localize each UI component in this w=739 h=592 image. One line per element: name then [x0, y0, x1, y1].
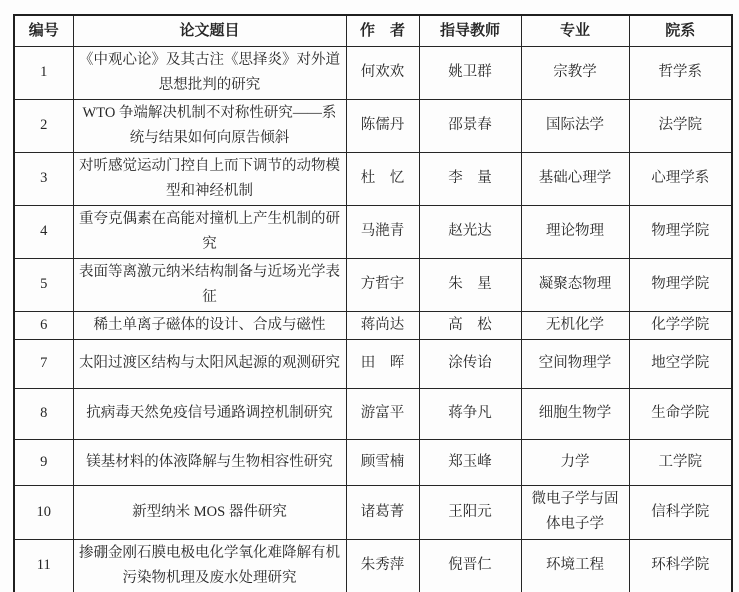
advisor-cell: 赵光达	[419, 205, 521, 258]
table-row: 9镁基材料的体液降解与生物相容性研究顾雪楠郑玉峰力学工学院	[14, 439, 732, 485]
department-cell: 信科学院	[629, 485, 732, 539]
major-cell: 无机化学	[521, 311, 629, 339]
title-cell: 新型纳米 MOS 器件研究	[73, 485, 346, 539]
major-cell: 环境工程	[521, 539, 629, 592]
no-cell: 10	[14, 485, 73, 539]
advisor-cell: 郑玉峰	[419, 439, 521, 485]
advisor-cell: 王阳元	[419, 485, 521, 539]
major-cell: 凝聚态物理	[521, 258, 629, 311]
no-cell: 6	[14, 311, 73, 339]
table-row: 4重夸克偶素在高能对撞机上产生机制的研究马滟青赵光达理论物理物理学院	[14, 205, 732, 258]
department-cell: 哲学系	[629, 46, 732, 99]
author-cell: 诸葛菁	[346, 485, 419, 539]
author-cell: 陈儒丹	[346, 99, 419, 152]
no-cell: 5	[14, 258, 73, 311]
major-cell: 宗教学	[521, 46, 629, 99]
no-cell: 11	[14, 539, 73, 592]
table-row: 5表面等离激元纳米结构制备与近场光学表征方哲宇朱 星凝聚态物理物理学院	[14, 258, 732, 311]
title-cell: 镁基材料的体液降解与生物相容性研究	[73, 439, 346, 485]
header-advisor: 指导教师	[419, 15, 521, 46]
title-cell: 抗病毒天然免疫信号通路调控机制研究	[73, 388, 346, 439]
title-cell: 重夸克偶素在高能对撞机上产生机制的研究	[73, 205, 346, 258]
table-row: 11掺硼金刚石膜电极电化学氧化难降解有机污染物机理及废水处理研究朱秀萍倪晋仁环境…	[14, 539, 732, 592]
department-cell: 法学院	[629, 99, 732, 152]
title-cell: 对听感觉运动门控自上而下调节的动物模型和神经机制	[73, 152, 346, 205]
department-cell: 环科学院	[629, 539, 732, 592]
advisor-cell: 高 松	[419, 311, 521, 339]
major-cell: 基础心理学	[521, 152, 629, 205]
no-cell: 3	[14, 152, 73, 205]
title-cell: 《中观心论》及其古注《思择炎》对外道思想批判的研究	[73, 46, 346, 99]
major-cell: 空间物理学	[521, 339, 629, 388]
no-cell: 2	[14, 99, 73, 152]
author-cell: 杜 忆	[346, 152, 419, 205]
no-cell: 7	[14, 339, 73, 388]
header-major: 专业	[521, 15, 629, 46]
document-page: 编号 论文题目 作 者 指导教师 专业 院系 1《中观心论》及其古注《思择炎》对…	[0, 0, 739, 592]
major-cell: 国际法学	[521, 99, 629, 152]
department-cell: 工学院	[629, 439, 732, 485]
author-cell: 游富平	[346, 388, 419, 439]
header-author: 作 者	[346, 15, 419, 46]
title-cell: 太阳过渡区结构与太阳风起源的观测研究	[73, 339, 346, 388]
advisor-cell: 蒋争凡	[419, 388, 521, 439]
advisor-cell: 朱 星	[419, 258, 521, 311]
major-cell: 微电子学与固体电子学	[521, 485, 629, 539]
no-cell: 4	[14, 205, 73, 258]
author-cell: 何欢欢	[346, 46, 419, 99]
department-cell: 心理学系	[629, 152, 732, 205]
header-title: 论文题目	[73, 15, 346, 46]
no-cell: 1	[14, 46, 73, 99]
author-cell: 方哲宇	[346, 258, 419, 311]
no-cell: 8	[14, 388, 73, 439]
author-cell: 马滟青	[346, 205, 419, 258]
advisor-cell: 倪晋仁	[419, 539, 521, 592]
department-cell: 物理学院	[629, 205, 732, 258]
title-cell: 掺硼金刚石膜电极电化学氧化难降解有机污染物机理及废水处理研究	[73, 539, 346, 592]
title-cell: 稀土单离子磁体的设计、合成与磁性	[73, 311, 346, 339]
advisor-cell: 涂传诒	[419, 339, 521, 388]
no-cell: 9	[14, 439, 73, 485]
author-cell: 蒋尚达	[346, 311, 419, 339]
major-cell: 力学	[521, 439, 629, 485]
table-row: 3对听感觉运动门控自上而下调节的动物模型和神经机制杜 忆李 量基础心理学心理学系	[14, 152, 732, 205]
thesis-table-header: 编号 论文题目 作 者 指导教师 专业 院系	[14, 15, 732, 46]
title-cell: WTO 争端解决机制不对称性研究——系统与结果如何向原告倾斜	[73, 99, 346, 152]
table-row: 8抗病毒天然免疫信号通路调控机制研究游富平蒋争凡细胞生物学生命学院	[14, 388, 732, 439]
department-cell: 物理学院	[629, 258, 732, 311]
advisor-cell: 邵景春	[419, 99, 521, 152]
advisor-cell: 姚卫群	[419, 46, 521, 99]
department-cell: 地空学院	[629, 339, 732, 388]
table-row: 7太阳过渡区结构与太阳风起源的观测研究田 晖涂传诒空间物理学地空学院	[14, 339, 732, 388]
author-cell: 顾雪楠	[346, 439, 419, 485]
major-cell: 理论物理	[521, 205, 629, 258]
thesis-table-body: 1《中观心论》及其古注《思择炎》对外道思想批判的研究何欢欢姚卫群宗教学哲学系2W…	[14, 46, 732, 592]
author-cell: 田 晖	[346, 339, 419, 388]
thesis-table: 编号 论文题目 作 者 指导教师 专业 院系 1《中观心论》及其古注《思择炎》对…	[13, 14, 733, 592]
advisor-cell: 李 量	[419, 152, 521, 205]
table-row: 2WTO 争端解决机制不对称性研究——系统与结果如何向原告倾斜陈儒丹邵景春国际法…	[14, 99, 732, 152]
header-number: 编号	[14, 15, 73, 46]
table-row: 10新型纳米 MOS 器件研究诸葛菁王阳元微电子学与固体电子学信科学院	[14, 485, 732, 539]
table-row: 1《中观心论》及其古注《思择炎》对外道思想批判的研究何欢欢姚卫群宗教学哲学系	[14, 46, 732, 99]
author-cell: 朱秀萍	[346, 539, 419, 592]
department-cell: 化学学院	[629, 311, 732, 339]
header-department: 院系	[629, 15, 732, 46]
header-row: 编号 论文题目 作 者 指导教师 专业 院系	[14, 15, 732, 46]
department-cell: 生命学院	[629, 388, 732, 439]
table-row: 6稀土单离子磁体的设计、合成与磁性蒋尚达高 松无机化学化学学院	[14, 311, 732, 339]
title-cell: 表面等离激元纳米结构制备与近场光学表征	[73, 258, 346, 311]
major-cell: 细胞生物学	[521, 388, 629, 439]
